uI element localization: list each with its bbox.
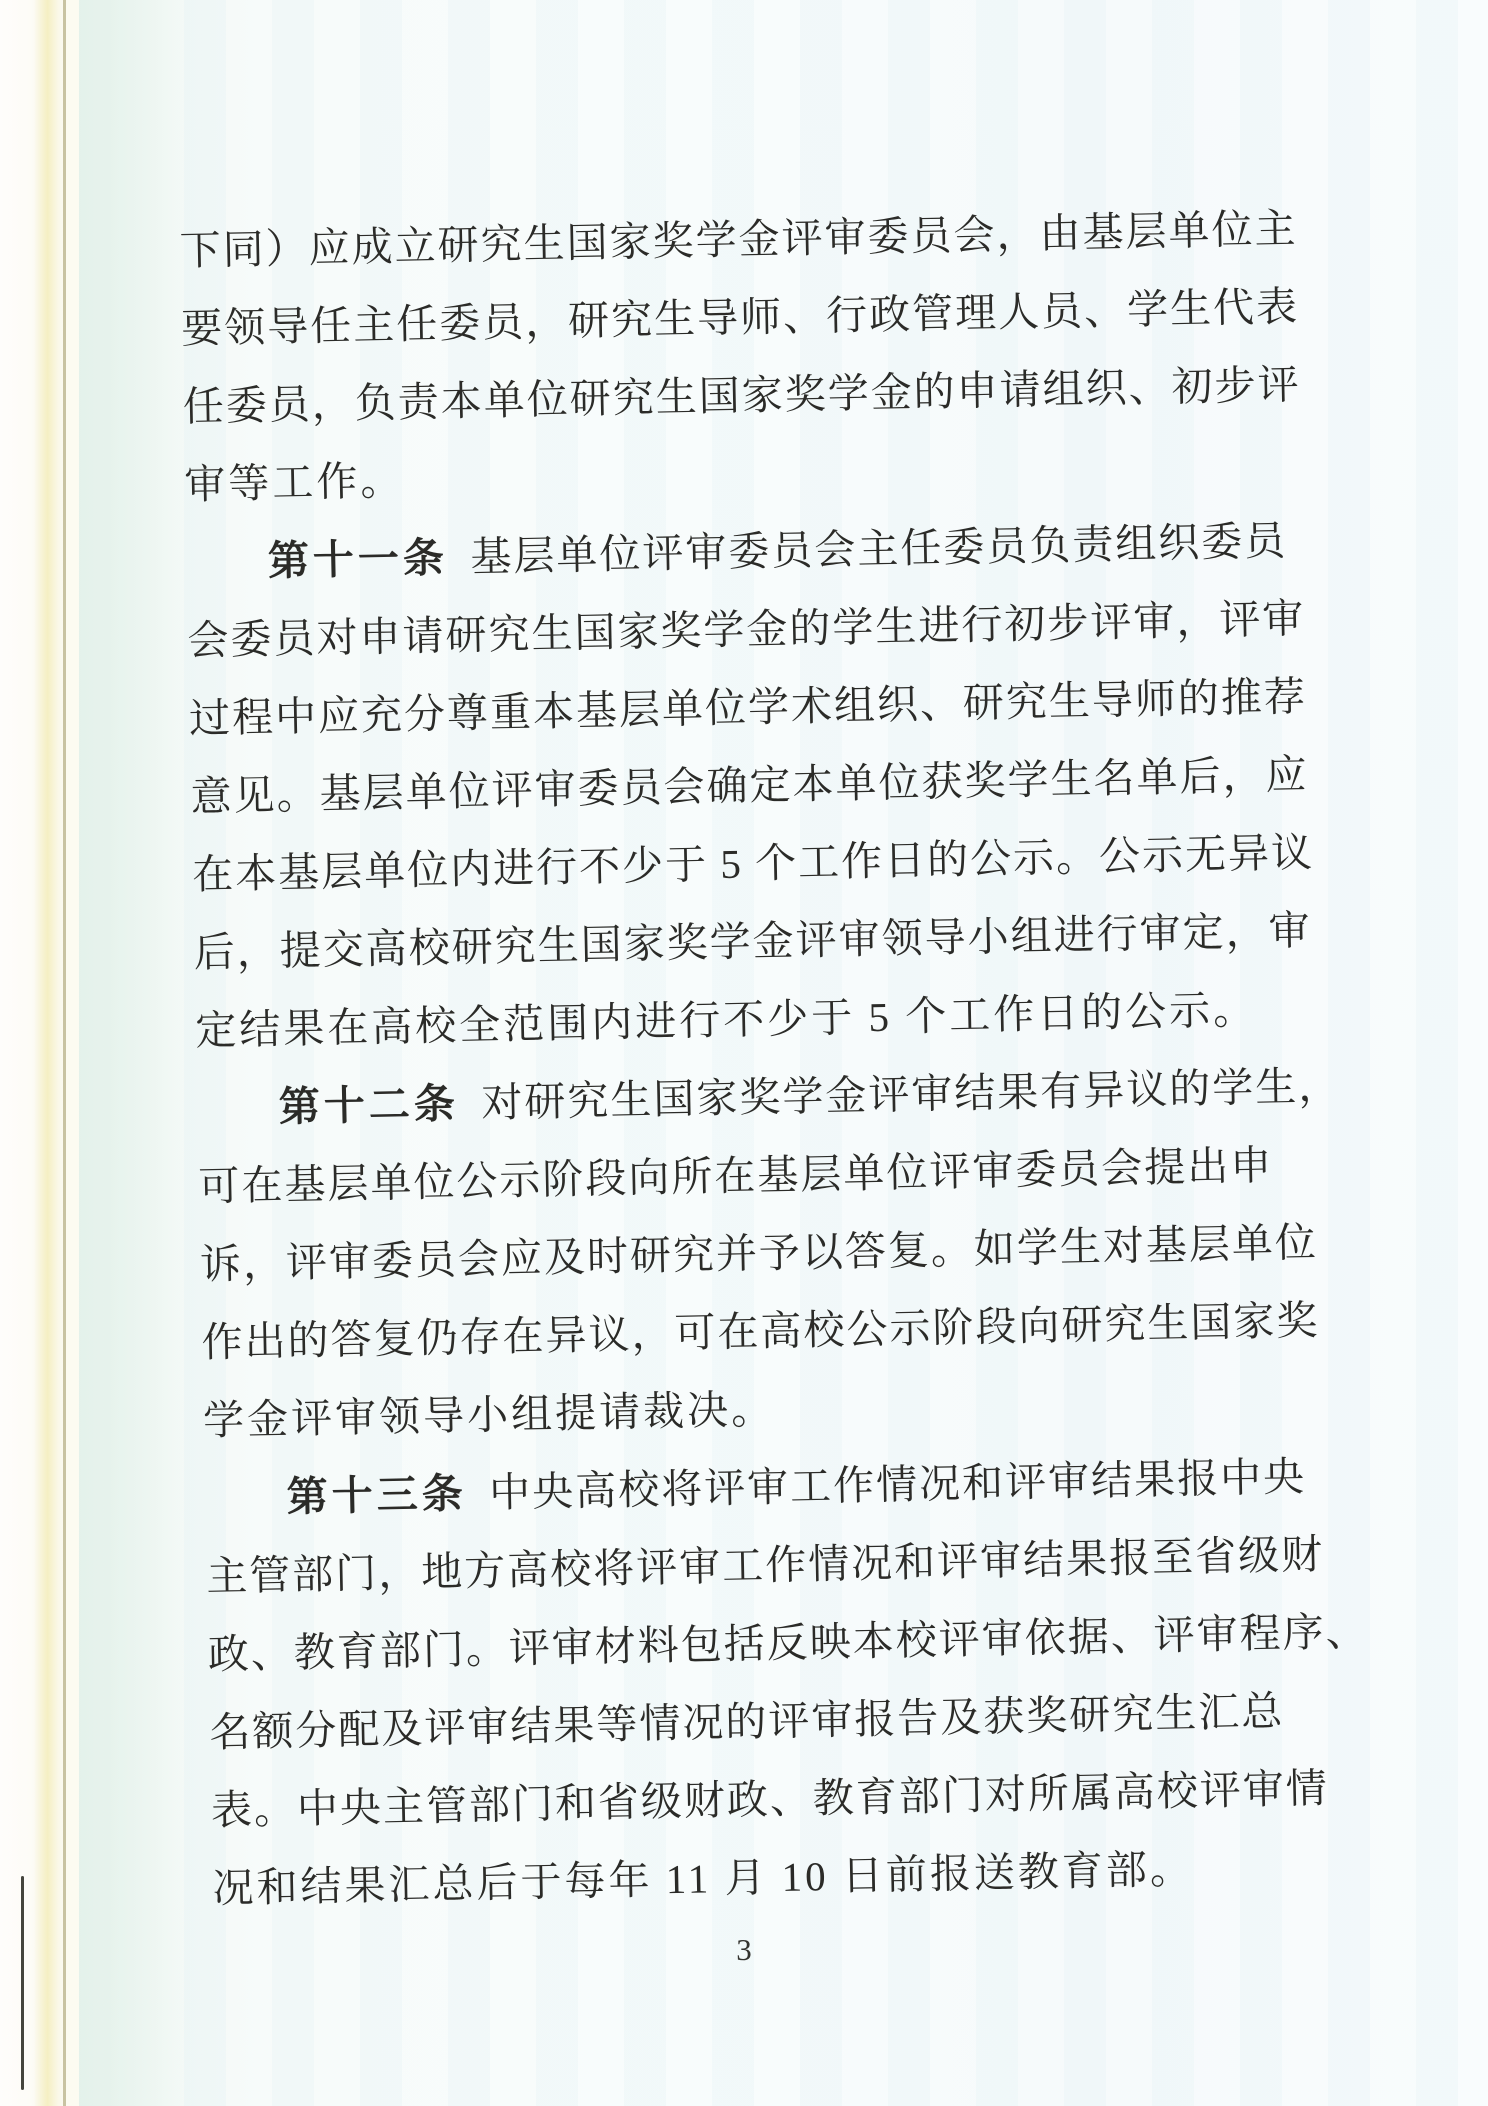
- line-text: 主管部门，地方高校将评审工作情况和评审结果报至省级财: [206, 1531, 1325, 1599]
- scan-streak-olive-line: [63, 0, 66, 2106]
- line-text: 后，提交高校研究生国家奖学金评审领导小组进行审定，审: [193, 907, 1312, 975]
- article-number: 第十三条: [286, 1470, 467, 1520]
- line-text: 学金评审领导小组提请裁决。: [203, 1386, 776, 1443]
- line-text: 可在基层单位公示阶段向所在基层单位评审委员会提出申: [198, 1142, 1274, 1210]
- line-text: 下同）应成立研究生国家奖学金评审委员会，由基层单位主: [179, 205, 1298, 273]
- line-text: 中央高校将评审工作情况和评审结果报中央: [489, 1453, 1307, 1515]
- line-text: 在本基层单位内进行不少于 5 个工作日的公示。公示无异议: [192, 829, 1315, 898]
- scan-dark-edge-line: [21, 1876, 24, 2090]
- line-text: 况和结果汇总后于每年 11 月 10 日前报送教育部。: [212, 1846, 1194, 1912]
- line-text: 对研究生国家奖学金评审结果有异议的学生，: [481, 1063, 1342, 1126]
- line-text: 名额分配及评审结果等情况的评审报告及获奖研究生汇总: [209, 1688, 1285, 1756]
- line-text: 要领导任主任委员，研究生导师、行政管理人员、学生代表: [181, 283, 1300, 351]
- line-text: 意见。基层单位评审委员会确定本单位获奖学生名单后，应: [190, 751, 1309, 819]
- line-text: 过程中应充分尊重本基层单位学术组织、研究生导师的推荐: [189, 673, 1308, 741]
- scanned-page: 下同）应成立研究生国家奖学金评审委员会，由基层单位主要领导任主任委员，研究生导师…: [0, 0, 1488, 2106]
- line-text: 表。中央主管部门和省级财政、教育部门对所属高校评审情: [211, 1765, 1330, 1833]
- line-text: 定结果在高校全范围内进行不少于 5 个工作日的公示。: [195, 986, 1258, 1053]
- page-number: 3: [704, 1932, 784, 1968]
- line-text: 作出的答复仍存在异议，可在高校公示阶段向研究生国家奖: [201, 1297, 1320, 1365]
- line-text: 审等工作。: [184, 457, 405, 507]
- article-number: 第十二条: [278, 1080, 459, 1130]
- article-number: 第十一条: [267, 534, 448, 584]
- scan-streak-paper: [66, 0, 79, 2106]
- line-text: 任委员，负责本单位研究生国家奖学金的申请组织、初步评: [182, 361, 1301, 429]
- line-text: 会委员对申请研究生国家奖学金的学生进行初步评审，评审: [187, 595, 1306, 663]
- scan-streak-blue: [79, 0, 184, 2106]
- line-text: 诉，评审委员会应及时研究并予以答复。如学生对基层单位: [200, 1219, 1319, 1287]
- document-body: 下同）应成立研究生国家奖学金评审委员会，由基层单位主要领导任主任委员，研究生导师…: [179, 191, 1267, 1928]
- scan-streak-yellow: [34, 0, 64, 2106]
- line-text: 基层单位评审委员会主任委员负责组织委员: [470, 518, 1288, 580]
- line-text: 政、教育部门。评审材料包括反映本校评审依据、评审程序、: [207, 1608, 1369, 1677]
